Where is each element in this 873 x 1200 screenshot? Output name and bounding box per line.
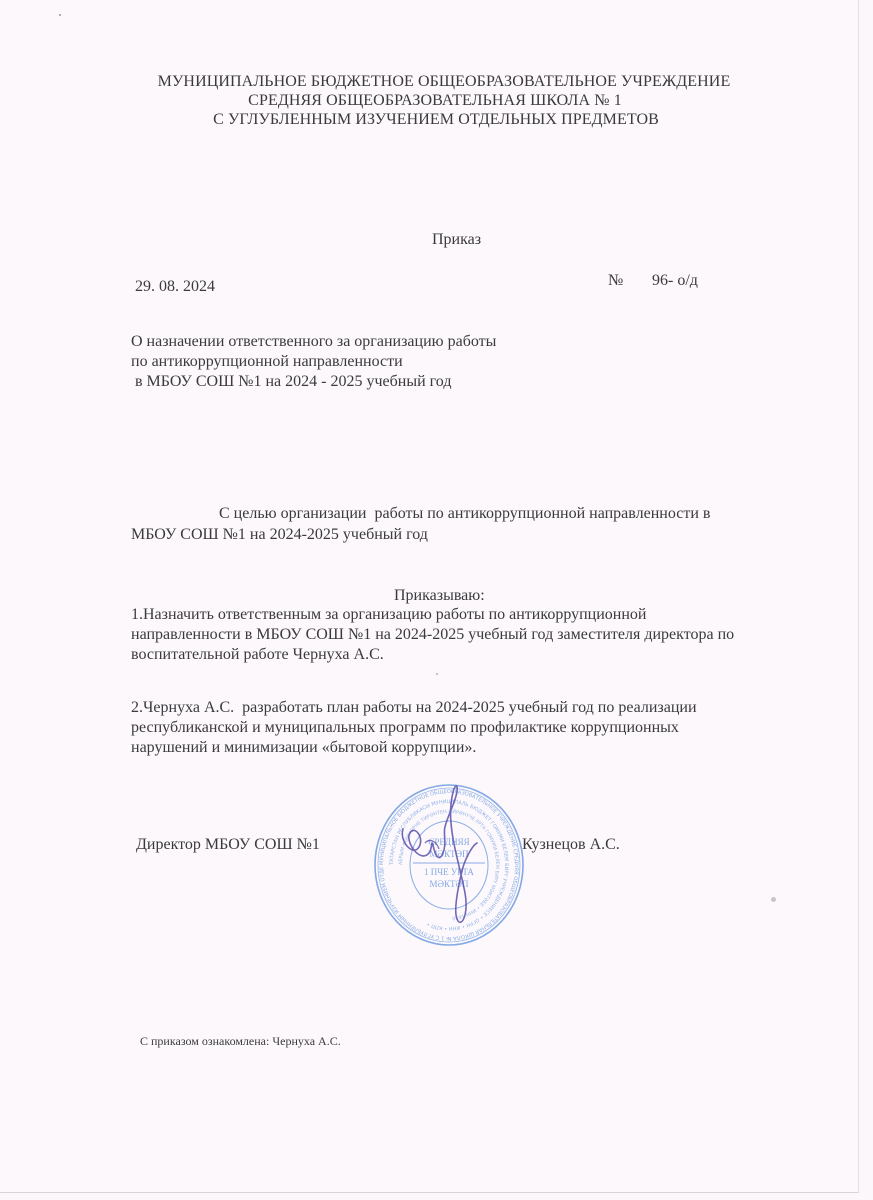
header-line-2: СРЕДНЯЯ ОБЩЕОБРАЗОВАТЕЛЬНАЯ ШКОЛА № 1 xyxy=(0,91,858,110)
header-line-1: МУНИЦИПАЛЬНОЕ БЮДЖЕТНОЕ ОБЩЕОБРАЗОВАТЕЛЬ… xyxy=(0,72,858,91)
subject-line-2: по антикоррупционной направленности xyxy=(131,351,403,372)
scan-speck xyxy=(436,673,438,675)
order-date: 29. 08. 2024 xyxy=(135,276,215,297)
item2-line-3: нарушений и минимизации «бытовой коррупц… xyxy=(131,737,476,758)
subject-line-3: в МБОУ СОШ №1 на 2024 - 2025 учебный год xyxy=(131,371,451,392)
subject-line-1: О назначении ответственного за организац… xyxy=(131,331,496,352)
item1-line-3: воспитательной работе Чернуха А.С. xyxy=(131,644,384,665)
item1-line-2: направленности в МБОУ СОШ №1 на 2024-202… xyxy=(131,624,734,645)
item1-line-1: 1.Назначить ответственным за организацию… xyxy=(131,604,646,625)
item2-line-2: республиканской и муниципальных программ… xyxy=(131,717,679,738)
scan-speck xyxy=(771,897,776,902)
order-word: Приказываю: xyxy=(394,585,485,606)
svg-text:АЕРЫМ ФӘННӘРНЕ ТИРӘНТЕН ӨЙРӘНҮ: АЕРЫМ ФӘННӘРНЕ ТИРӘНТЕН ӨЙРӘНҮЧЕ УРТА ГО… xyxy=(398,808,500,921)
signature-name: Кузнецов А.С. xyxy=(522,834,620,855)
scan-speck xyxy=(59,14,61,16)
document-title: Приказ xyxy=(432,229,481,250)
institution-header: МУНИЦИПАЛЬНОЕ БЮДЖЕТНОЕ ОБЩЕОБРАЗОВАТЕЛЬ… xyxy=(0,72,858,129)
official-stamp-icon: МУНИЦИПАЛЬНОЕ БЮДЖЕТНОЕ ОБЩЕОБРАЗОВАТЕЛЬ… xyxy=(373,783,525,948)
item2-line-1: 2.Чернуха А.С. разработать план работы н… xyxy=(131,697,697,718)
svg-text:1 ПЧЕ УРТА: 1 ПЧЕ УРТА xyxy=(424,867,474,877)
document-page: МУНИЦИПАЛЬНОЕ БЮДЖЕТНОЕ ОБЩЕОБРАЗОВАТЕЛЬ… xyxy=(0,0,859,1193)
number-sign: № xyxy=(608,270,623,291)
order-number: 96- о/д xyxy=(652,270,698,291)
preamble-line-1: С целью организации работы по антикорруп… xyxy=(219,503,710,524)
svg-text:ТАТАРСТАН РЕСПУБЛИКАСЫ МУНИЦИП: ТАТАРСТАН РЕСПУБЛИКАСЫ МУНИЦИПАЛЬ БЮДЖЕТ… xyxy=(389,799,509,931)
signature-position: Директор МБОУ СОШ №1 xyxy=(136,834,320,855)
preamble-line-2: МБОУ СОШ №1 на 2024-2025 учебный год xyxy=(131,524,428,545)
header-line-3: С УГЛУБЛЕННЫМ ИЗУЧЕНИЕМ ОТДЕЛЬНЫХ ПРЕДМЕ… xyxy=(0,110,858,129)
acknowledgement-note: С приказом ознакомлена: Чернуха А.С. xyxy=(140,1034,341,1049)
